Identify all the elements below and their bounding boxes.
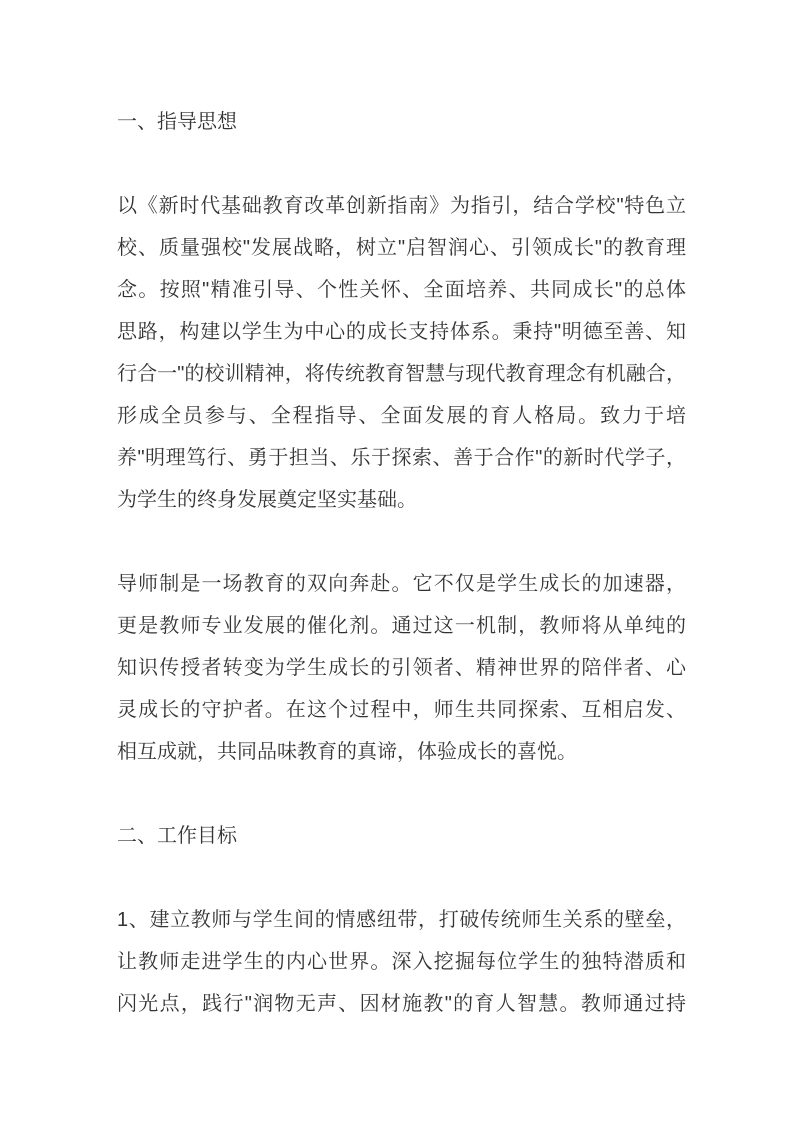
paragraph-line: 校、质量强校"发展战略，树立"启智润心、引领成长"的教育理 [117,227,686,269]
paragraph-2: 导师制是一场教育的双向奔赴。它不仅是学生成长的加速器， 更是教师专业发展的催化剂… [117,563,686,773]
paragraph-line: 以《新时代基础教育改革创新指南》为指引，结合学校"特色立 [117,185,686,227]
paragraph-line: 让教师走进学生的内心世界。深入挖掘每位学生的独特潜质和 [117,941,686,983]
paragraph-line: 为学生的终身发展奠定坚实基础。 [117,479,686,521]
paragraph-line: 相互成就，共同品味教育的真谛，体验成长的喜悦。 [117,731,686,773]
paragraph-1: 以《新时代基础教育改革创新指南》为指引，结合学校"特色立 校、质量强校"发展战略… [117,185,686,521]
paragraph-line: 行合一"的校训精神，将传统教育智慧与现代教育理念有机融合， [117,353,686,395]
section-heading-1: 一、指导思想 [117,101,686,143]
section-heading-2: 二、工作目标 [117,815,686,857]
document-page: 一、指导思想 以《新时代基础教育改革创新指南》为指引，结合学校"特色立 校、质量… [0,0,793,1122]
paragraph-line: 1、建立教师与学生间的情感纽带，打破传统师生关系的壁垒， [117,899,686,941]
paragraph-line: 思路，构建以学生为中心的成长支持体系。秉持"明德至善、知 [117,311,686,353]
paragraph-line: 养"明理笃行、勇于担当、乐于探索、善于合作"的新时代学子， [117,437,686,479]
paragraph-line: 导师制是一场教育的双向奔赴。它不仅是学生成长的加速器， [117,563,686,605]
paragraph-line: 灵成长的守护者。在这个过程中，师生共同探索、互相启发、 [117,689,686,731]
paragraph-line: 形成全员参与、全程指导、全面发展的育人格局。致力于培 [117,395,686,437]
paragraph-line: 知识传授者转变为学生成长的引领者、精神世界的陪伴者、心 [117,647,686,689]
paragraph-3: 1、建立教师与学生间的情感纽带，打破传统师生关系的壁垒， 让教师走进学生的内心世… [117,899,686,1025]
paragraph-line: 更是教师专业发展的催化剂。通过这一机制，教师将从单纯的 [117,605,686,647]
paragraph-line: 念。按照"精准引导、个性关怀、全面培养、共同成长"的总体 [117,269,686,311]
paragraph-line: 闪光点，践行"润物无声、因材施教"的育人智慧。教师通过持 [117,983,686,1025]
